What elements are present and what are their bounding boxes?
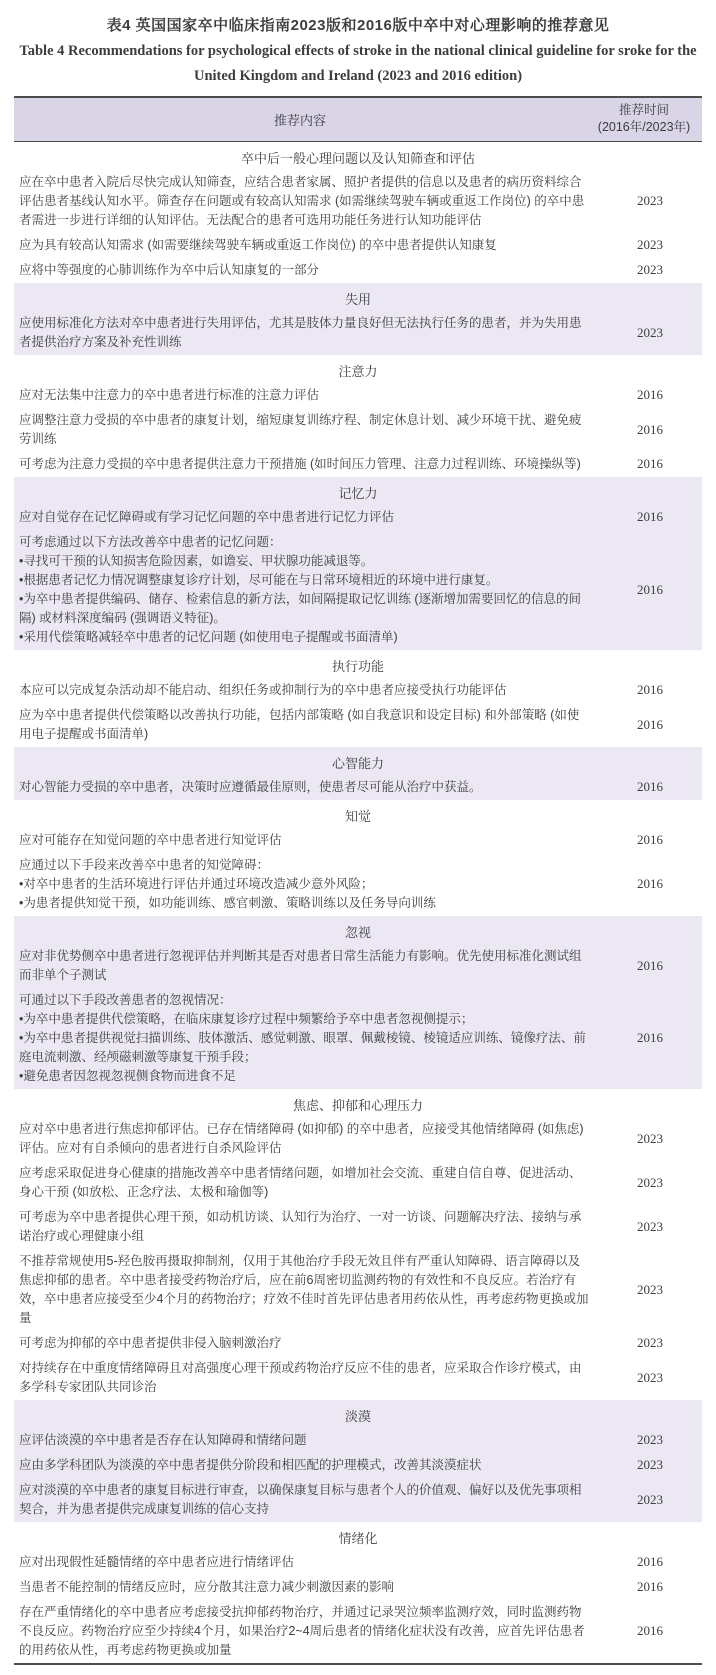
- table-body: 卒中后一般心理问题以及认知筛查和评估 应在卒中患者入院后尽快完成认知筛查，应结合…: [14, 142, 702, 1663]
- table-row: 应为具有较高认知需求 (如需要继续驾驶车辆或重返工作岗位) 的卒中患者提供认知康…: [14, 233, 702, 258]
- section-title: 焦虑、抑郁和心理压力: [14, 1089, 702, 1117]
- table-row: 应对非优势侧卒中患者进行忽视评估并判断其是否对患者日常生活能力有影响。优先使用标…: [14, 944, 702, 988]
- table-row: 应对卒中患者进行焦虑抑郁评估。已存在情绪障碍 (如抑郁) 的卒中患者，应接受其他…: [14, 1117, 702, 1161]
- table-row: 应将中等强度的心肺训练作为卒中后认知康复的一部分 2023: [14, 258, 702, 283]
- recommendation-text: 不推荐常规使用5-羟色胺再摄取抑制剂，仅用于其他治疗手段无效且伴有严重认知障碍、…: [14, 1252, 598, 1328]
- table-row: 可考虑为注意力受损的卒中患者提供注意力干预措施 (如时间压力管理、注意力过程训练…: [14, 452, 702, 477]
- recommendation-year: 2016: [598, 1579, 702, 1595]
- table-row: 应对可能存在知觉问题的卒中患者进行知觉评估 2016: [14, 828, 702, 853]
- section-title: 记忆力: [14, 477, 702, 505]
- table-row: 应对无法集中注意力的卒中患者进行标准的注意力评估 2016: [14, 383, 702, 408]
- table-section: 知觉 应对可能存在知觉问题的卒中患者进行知觉评估 2016 应通过以下手段来改善…: [14, 800, 702, 916]
- recommendation-year: 2016: [598, 456, 702, 472]
- recommendation-text: 应对可能存在知觉问题的卒中患者进行知觉评估: [14, 831, 598, 850]
- table-row: 应使用标准化方法对卒中患者进行失用评估，尤其是肢体力量良好但无法执行任务的患者，…: [14, 311, 702, 355]
- recommendation-year: 2023: [598, 1175, 702, 1191]
- table-row: 可考虑为抑郁的卒中患者提供非侵入脑刺激治疗 2023: [14, 1331, 702, 1356]
- recommendation-year: 2023: [598, 193, 702, 209]
- table-row: 应调整注意力受损的卒中患者的康复计划，缩短康复训练疗程、制定休息计划、减少环境干…: [14, 408, 702, 452]
- recommendation-year: 2023: [598, 1432, 702, 1448]
- recommendation-text: 应为具有较高认知需求 (如需要继续驾驶车辆或重返工作岗位) 的卒中患者提供认知康…: [14, 236, 598, 255]
- recommendation-year: 2023: [598, 1219, 702, 1235]
- recommendation-year: 2016: [598, 717, 702, 733]
- table-section: 心智能力 对心智能力受损的卒中患者，决策时应遵循最佳原则，使患者尽可能从治疗中获…: [14, 747, 702, 800]
- table-section: 淡漠 应评估淡漠的卒中患者是否存在认知障碍和情绪问题 2023 应由多学科团队为…: [14, 1400, 702, 1522]
- table-row: 应对淡漠的卒中患者的康复目标进行审查，以确保康复目标与患者个人的价值观、偏好以及…: [14, 1478, 702, 1522]
- recommendation-text: 对持续存在中重度情绪障碍且对高强度心理干预或药物治疗反应不佳的患者，应采取合作诊…: [14, 1359, 598, 1397]
- table-section: 注意力 应对无法集中注意力的卒中患者进行标准的注意力评估 2016 应调整注意力…: [14, 355, 702, 477]
- table-section: 忽视 应对非优势侧卒中患者进行忽视评估并判断其是否对患者日常生活能力有影响。优先…: [14, 916, 702, 1089]
- recommendation-text: 应对非优势侧卒中患者进行忽视评估并判断其是否对患者日常生活能力有影响。优先使用标…: [14, 947, 598, 985]
- recommendation-text: 当患者不能控制的情绪反应时，应分散其注意力减少刺激因素的影响: [14, 1578, 598, 1597]
- table-row: 对心智能力受损的卒中患者，决策时应遵循最佳原则，使患者尽可能从治疗中获益。 20…: [14, 775, 702, 800]
- recommendation-year: 2023: [598, 325, 702, 341]
- section-title: 卒中后一般心理问题以及认知筛查和评估: [14, 142, 702, 170]
- paper-page: 表4 英国国家卒中临床指南2023版和2016版中卒中对心理影响的推荐意见 Ta…: [0, 0, 716, 1675]
- table-row: 可考虑为卒中患者提供心理干预，如动机访谈、认知行为治疗、一对一访谈、问题解决疗法…: [14, 1205, 702, 1249]
- recommendation-text: 可考虑为注意力受损的卒中患者提供注意力干预措施 (如时间压力管理、注意力过程训练…: [14, 455, 598, 474]
- recommendation-year: 2023: [598, 1457, 702, 1473]
- table-section: 卒中后一般心理问题以及认知筛查和评估 应在卒中患者入院后尽快完成认知筛查，应结合…: [14, 142, 702, 283]
- section-title: 淡漠: [14, 1400, 702, 1428]
- recommendation-text: 应为卒中患者提供代偿策略以改善执行功能，包括内部策略 (如自我意识和设定目标) …: [14, 706, 598, 744]
- table-row: 对持续存在中重度情绪障碍且对高强度心理干预或药物治疗反应不佳的患者，应采取合作诊…: [14, 1356, 702, 1400]
- table-section: 焦虑、抑郁和心理压力 应对卒中患者进行焦虑抑郁评估。已存在情绪障碍 (如抑郁) …: [14, 1089, 702, 1400]
- recommendation-table: 推荐内容 推荐时间 (2016年/2023年) 卒中后一般心理问题以及认知筛查和…: [14, 96, 702, 1665]
- recommendation-text: 应通过以下手段来改善卒中患者的知觉障碍： •对卒中患者的生活环境进行评估并通过环…: [14, 856, 598, 913]
- recommendation-text: 对心智能力受损的卒中患者，决策时应遵循最佳原则，使患者尽可能从治疗中获益。: [14, 778, 598, 797]
- recommendation-text: 应在卒中患者入院后尽快完成认知筛查，应结合患者家属、照护者提供的信息以及患者的病…: [14, 173, 598, 230]
- table-row: 应通过以下手段来改善卒中患者的知觉障碍： •对卒中患者的生活环境进行评估并通过环…: [14, 853, 702, 916]
- table-section: 记忆力 应对自觉存在记忆障碍或有学习记忆问题的卒中患者进行记忆力评估 2016 …: [14, 477, 702, 650]
- table-row: 应为卒中患者提供代偿策略以改善执行功能，包括内部策略 (如自我意识和设定目标) …: [14, 703, 702, 747]
- section-title: 失用: [14, 283, 702, 311]
- table-header-row: 推荐内容 推荐时间 (2016年/2023年): [14, 98, 702, 142]
- table-section: 情绪化 应对出现假性延髓情绪的卒中患者应进行情绪评估 2016 当患者不能控制的…: [14, 1522, 702, 1663]
- recommendation-text: 应调整注意力受损的卒中患者的康复计划，缩短康复训练疗程、制定休息计划、减少环境干…: [14, 411, 598, 449]
- recommendation-text: 应将中等强度的心肺训练作为卒中后认知康复的一部分: [14, 261, 598, 280]
- recommendation-text: 应对无法集中注意力的卒中患者进行标准的注意力评估: [14, 386, 598, 405]
- section-title: 注意力: [14, 355, 702, 383]
- recommendation-text: 可考虑为抑郁的卒中患者提供非侵入脑刺激治疗: [14, 1334, 598, 1353]
- recommendation-year: 2023: [598, 1282, 702, 1298]
- section-title: 情绪化: [14, 1522, 702, 1550]
- section-title: 知觉: [14, 800, 702, 828]
- table-row: 应对自觉存在记忆障碍或有学习记忆问题的卒中患者进行记忆力评估 2016: [14, 505, 702, 530]
- table-row: 应评估淡漠的卒中患者是否存在认知障碍和情绪问题 2023: [14, 1428, 702, 1453]
- recommendation-year: 2016: [598, 422, 702, 438]
- recommendation-text: 应对自觉存在记忆障碍或有学习记忆问题的卒中患者进行记忆力评估: [14, 508, 598, 527]
- table-row: 可通过以下手段改善患者的忽视情况： •为卒中患者提供代偿策略，在临床康复诊疗过程…: [14, 988, 702, 1089]
- table-row: 应由多学科团队为淡漠的卒中患者提供分阶段和相匹配的护理模式，改善其淡漠症状 20…: [14, 1453, 702, 1478]
- recommendation-text: 可通过以下手段改善患者的忽视情况： •为卒中患者提供代偿策略，在临床康复诊疗过程…: [14, 991, 598, 1086]
- recommendation-text: 存在严重情绪化的卒中患者应考虑接受抗抑郁药物治疗，并通过记录哭泣频率监测疗效，同…: [14, 1603, 598, 1660]
- table-row: 当患者不能控制的情绪反应时，应分散其注意力减少刺激因素的影响 2016: [14, 1575, 702, 1600]
- recommendation-year: 2016: [598, 1030, 702, 1046]
- recommendation-year: 2016: [598, 387, 702, 403]
- column-header-time: 推荐时间 (2016年/2023年): [586, 102, 702, 137]
- recommendation-year: 2023: [598, 1492, 702, 1508]
- recommendation-year: 2016: [598, 1554, 702, 1570]
- recommendation-year: 2023: [598, 1335, 702, 1351]
- recommendation-text: 可考虑通过以下方法改善卒中患者的记忆问题： •寻找可干预的认知损害危险因素，如谵…: [14, 533, 598, 647]
- recommendation-text: 应对卒中患者进行焦虑抑郁评估。已存在情绪障碍 (如抑郁) 的卒中患者，应接受其他…: [14, 1120, 598, 1158]
- table-row: 应对出现假性延髓情绪的卒中患者应进行情绪评估 2016: [14, 1550, 702, 1575]
- recommendation-year: 2016: [598, 582, 702, 598]
- table-section: 执行功能 本应可以完成复杂活动却不能启动、组织任务或抑制行为的卒中患者应接受执行…: [14, 650, 702, 747]
- recommendation-year: 2016: [598, 876, 702, 892]
- column-header-content: 推荐内容: [14, 110, 586, 129]
- table-section: 失用 应使用标准化方法对卒中患者进行失用评估，尤其是肢体力量良好但无法执行任务的…: [14, 283, 702, 355]
- recommendation-year: 2016: [598, 832, 702, 848]
- table-row: 应在卒中患者入院后尽快完成认知筛查，应结合患者家属、照护者提供的信息以及患者的病…: [14, 170, 702, 233]
- recommendation-text: 应考虑采取促进身心健康的措施改善卒中患者情绪问题，如增加社会交流、重建自信自尊、…: [14, 1164, 598, 1202]
- recommendation-year: 2016: [598, 1623, 702, 1639]
- table-row: 应考虑采取促进身心健康的措施改善卒中患者情绪问题，如增加社会交流、重建自信自尊、…: [14, 1161, 702, 1205]
- section-title: 心智能力: [14, 747, 702, 775]
- recommendation-text: 可考虑为卒中患者提供心理干预，如动机访谈、认知行为治疗、一对一访谈、问题解决疗法…: [14, 1208, 598, 1246]
- table-row: 存在严重情绪化的卒中患者应考虑接受抗抑郁药物治疗，并通过记录哭泣频率监测疗效，同…: [14, 1600, 702, 1663]
- recommendation-year: 2016: [598, 509, 702, 525]
- section-title: 忽视: [14, 916, 702, 944]
- recommendation-year: 2023: [598, 237, 702, 253]
- table-row: 不推荐常规使用5-羟色胺再摄取抑制剂，仅用于其他治疗手段无效且伴有严重认知障碍、…: [14, 1249, 702, 1331]
- recommendation-text: 应由多学科团队为淡漠的卒中患者提供分阶段和相匹配的护理模式，改善其淡漠症状: [14, 1456, 598, 1475]
- recommendation-year: 2023: [598, 1370, 702, 1386]
- recommendation-text: 应使用标准化方法对卒中患者进行失用评估，尤其是肢体力量良好但无法执行任务的患者，…: [14, 314, 598, 352]
- table-row: 本应可以完成复杂活动却不能启动、组织任务或抑制行为的卒中患者应接受执行功能评估 …: [14, 678, 702, 703]
- column-header-time-sub: (2016年/2023年): [586, 119, 702, 137]
- recommendation-year: 2016: [598, 682, 702, 698]
- table-title-en: Table 4 Recommendations for psychologica…: [18, 39, 698, 90]
- recommendation-text: 本应可以完成复杂活动却不能启动、组织任务或抑制行为的卒中患者应接受执行功能评估: [14, 681, 598, 700]
- recommendation-year: 2016: [598, 958, 702, 974]
- section-title: 执行功能: [14, 650, 702, 678]
- recommendation-text: 应对淡漠的卒中患者的康复目标进行审查，以确保康复目标与患者个人的价值观、偏好以及…: [14, 1481, 598, 1519]
- table-title-zh: 表4 英国国家卒中临床指南2023版和2016版中卒中对心理影响的推荐意见: [14, 14, 702, 35]
- table-row: 可考虑通过以下方法改善卒中患者的记忆问题： •寻找可干预的认知损害危险因素，如谵…: [14, 530, 702, 650]
- recommendation-year: 2016: [598, 779, 702, 795]
- recommendation-text: 应评估淡漠的卒中患者是否存在认知障碍和情绪问题: [14, 1431, 598, 1450]
- recommendation-text: 应对出现假性延髓情绪的卒中患者应进行情绪评估: [14, 1553, 598, 1572]
- recommendation-year: 2023: [598, 1131, 702, 1147]
- column-header-time-label: 推荐时间: [586, 102, 702, 120]
- recommendation-year: 2023: [598, 262, 702, 278]
